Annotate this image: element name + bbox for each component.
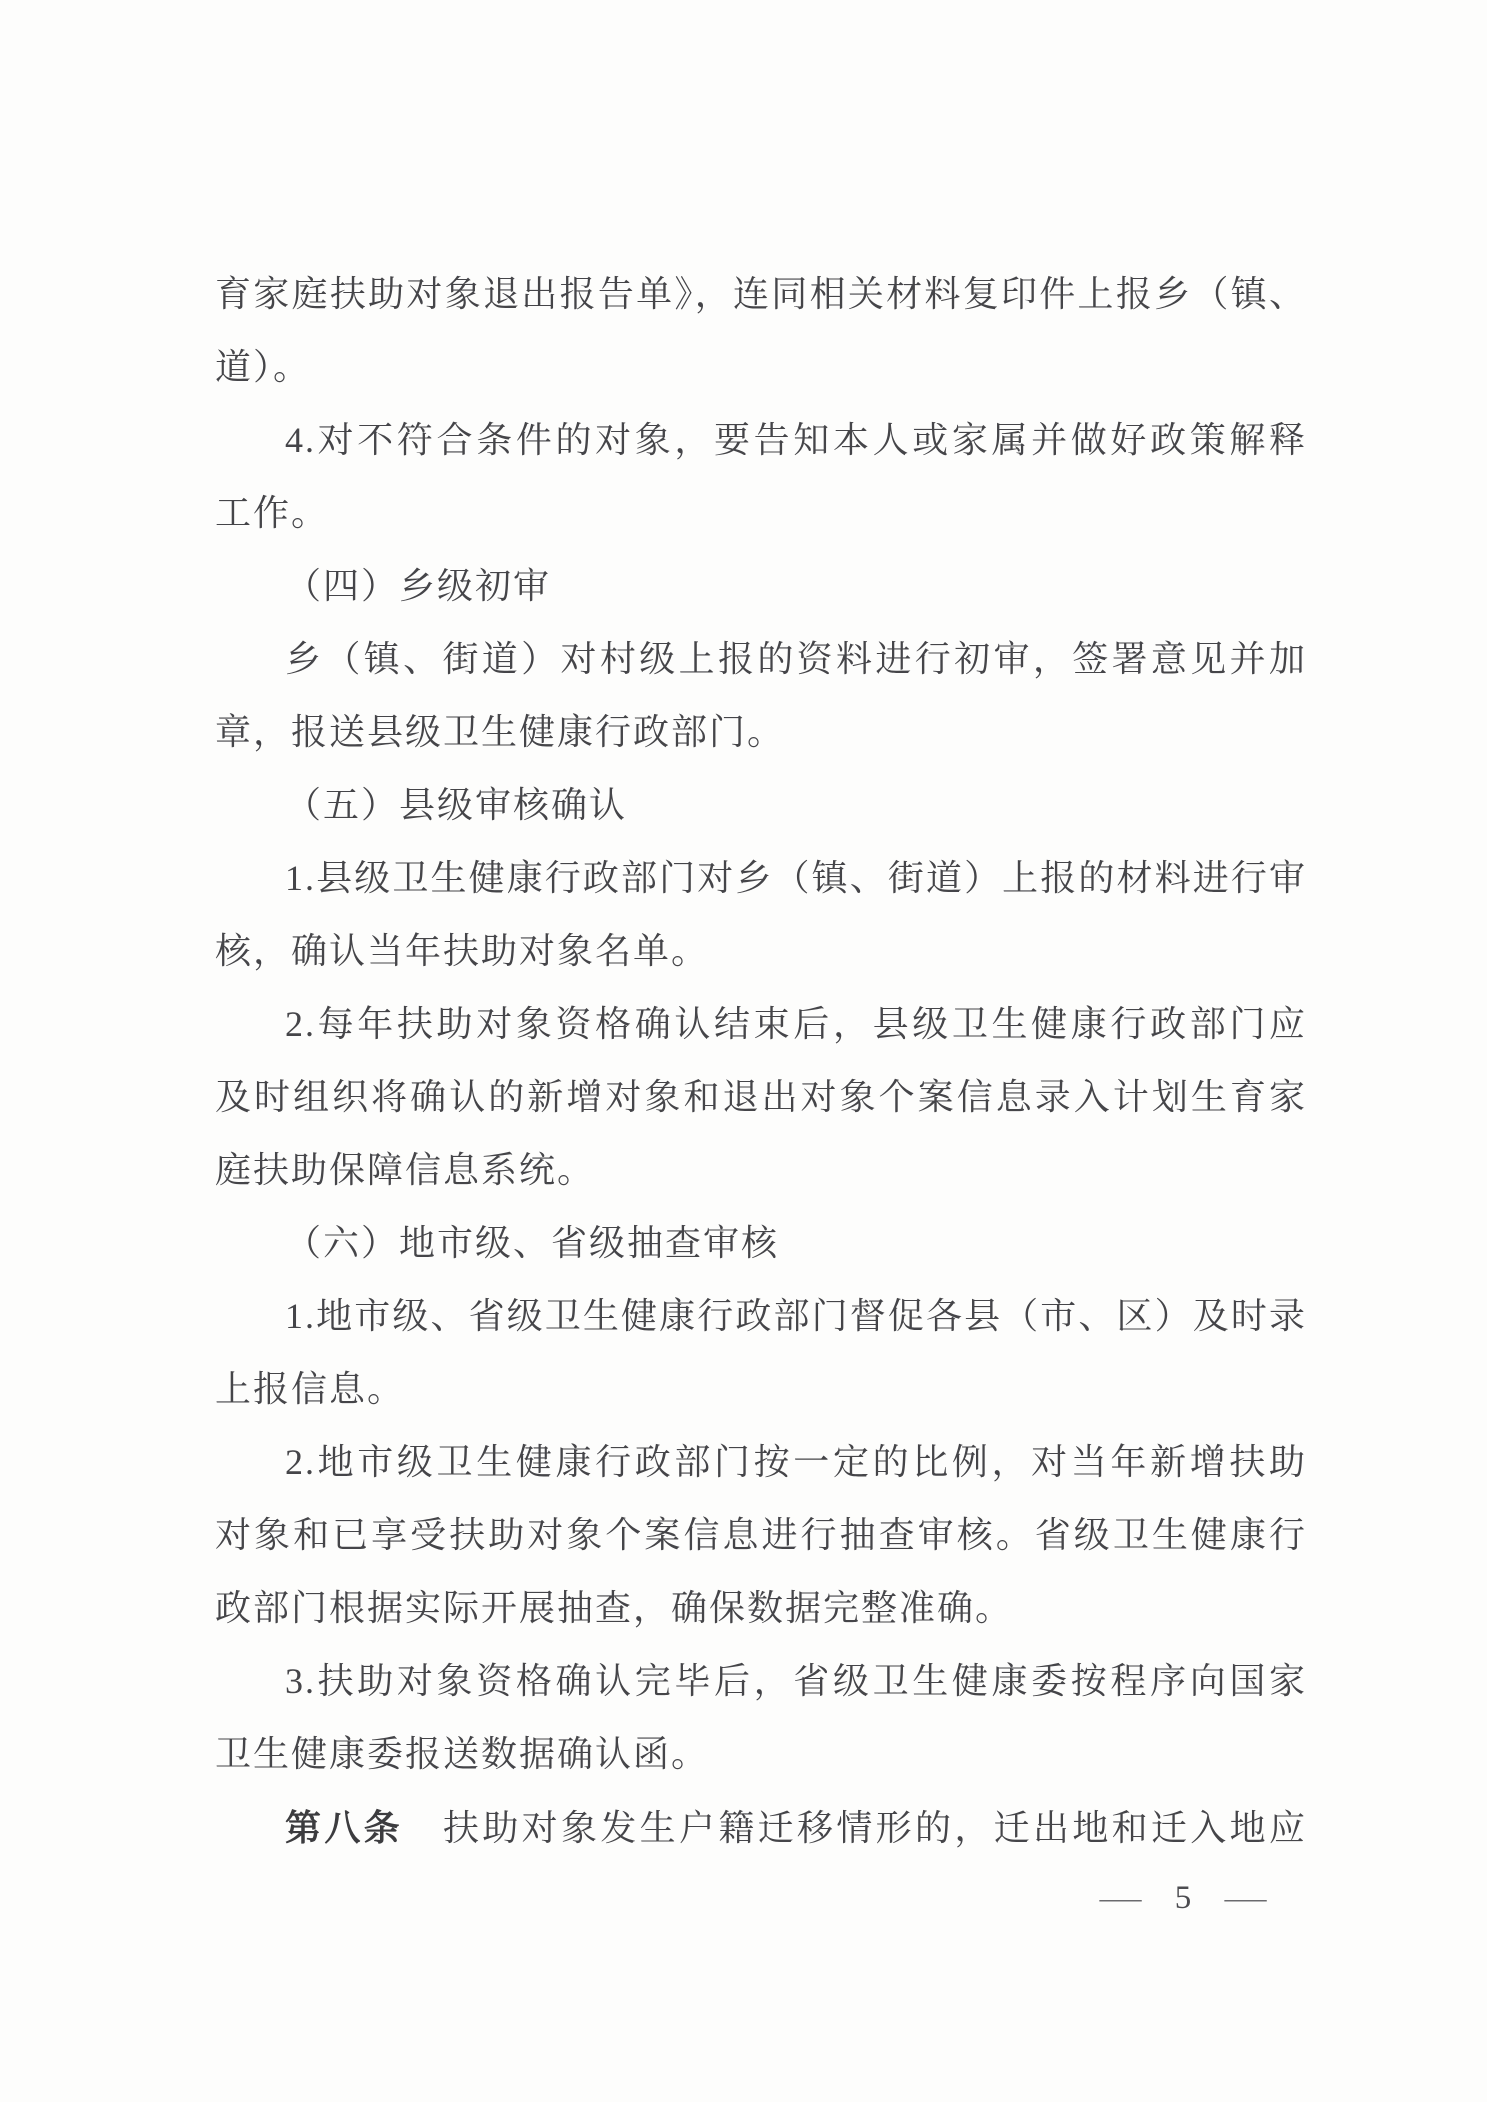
section-heading: （四）乡级初审 [215, 550, 1307, 623]
text-line: 卫生健康委报送数据确认函。 [215, 1718, 1307, 1791]
text-line: 1.地市级、省级卫生健康行政部门督促各县（市、区）及时录入 [215, 1280, 1307, 1353]
article-line: 第八条扶助对象发生户籍迁移情形的，迁出地和迁入地应 [215, 1791, 1307, 1864]
text-line: 4.对不符合条件的对象，要告知本人或家属并做好政策解释 [215, 404, 1307, 477]
section-heading: （六）地市级、省级抽查审核 [215, 1207, 1307, 1280]
text-line: 上报信息。 [215, 1353, 1307, 1426]
text-line: 道）。 [215, 331, 1307, 404]
document-body: 育家庭扶助对象退出报告单》，连同相关材料复印件上报乡（镇、街 道）。 4.对不符… [215, 258, 1307, 1864]
page-number: — 5 — [1105, 1878, 1261, 1918]
text-line: 2.每年扶助对象资格确认结束后，县级卫生健康行政部门应 [215, 988, 1307, 1061]
text-line: 3.扶助对象资格确认完毕后，省级卫生健康委按程序向国家 [215, 1645, 1307, 1718]
section-heading: （五）县级审核确认 [215, 769, 1307, 842]
text-line: 2.地市级卫生健康行政部门按一定的比例，对当年新增扶助 [215, 1426, 1307, 1499]
text-line: 章，报送县级卫生健康行政部门。 [215, 696, 1307, 769]
text-line: 核，确认当年扶助对象名单。 [215, 915, 1307, 988]
page-number-dash-right: — [1225, 1880, 1267, 1916]
text-line: 1.县级卫生健康行政部门对乡（镇、街道）上报的材料进行审 [215, 842, 1307, 915]
text-line: 政部门根据实际开展抽查，确保数据完整准确。 [215, 1572, 1307, 1645]
article-text: 扶助对象发生户籍迁移情形的，迁出地和迁入地应 [443, 1808, 1307, 1848]
text-line: 对象和已享受扶助对象个案信息进行抽查审核。省级卫生健康行 [215, 1499, 1307, 1572]
document-page: 育家庭扶助对象退出报告单》，连同相关材料复印件上报乡（镇、街 道）。 4.对不符… [0, 0, 1487, 2102]
text-line: 工作。 [215, 477, 1307, 550]
page-number-value: 5 [1175, 1880, 1192, 1917]
text-line: 乡（镇、街道）对村级上报的资料进行初审，签署意见并加盖公 [215, 623, 1307, 696]
text-line: 庭扶助保障信息系统。 [215, 1134, 1307, 1207]
article-number: 第八条 [285, 1807, 403, 1848]
text-line: 及时组织将确认的新增对象和退出对象个案信息录入计划生育家 [215, 1061, 1307, 1134]
page-number-dash-left: — [1100, 1880, 1142, 1916]
text-line: 育家庭扶助对象退出报告单》，连同相关材料复印件上报乡（镇、街 [215, 258, 1307, 331]
